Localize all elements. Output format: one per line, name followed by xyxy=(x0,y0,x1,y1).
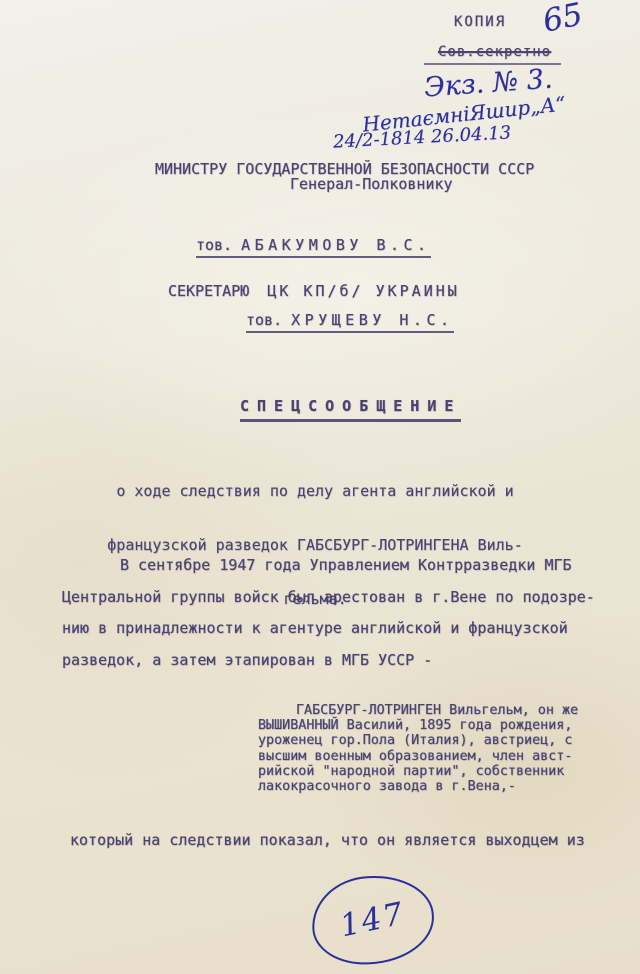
page-stamp-circle: 147 xyxy=(310,873,436,967)
subtitle-line: о ходе следствия по делу агента английск… xyxy=(70,482,560,500)
khrushchev-prefix: тов. xyxy=(246,311,282,329)
bio-line: лакокрасочного завода в г.Вена,- xyxy=(258,779,578,794)
secretary-name: ЦК КП/б/ УКРАИНЫ xyxy=(267,282,460,300)
bio-line: ВЫШИВАННЫЙ Василий, 1895 года рождения, xyxy=(258,718,578,733)
khrushchev-name: ХРУЩЕВУ Н.С. xyxy=(291,311,453,329)
abakumov-name: АБАКУМОВУ В.С. xyxy=(241,236,430,254)
bio-line: рийской "народной партии", собственник xyxy=(258,764,578,779)
bio-line: высшим военным образованием, член авст- xyxy=(258,749,578,764)
recipient-secretary-line: СЕКРЕТАРЮ ЦК КП/б/ УКРАИНЫ xyxy=(168,282,460,300)
biography-block: ГАБСБУРГ-ЛОТРИНГЕН Вильгельм, он же ВЫШИ… xyxy=(258,703,578,794)
document-title: СПЕЦСООБЩЕНИЕ xyxy=(240,397,461,422)
bio-line: ГАБСБУРГ-ЛОТРИНГЕН Вильгельм, он же xyxy=(258,703,578,718)
paragraph-line: В сентябре 1947 года Управлением Контрра… xyxy=(62,556,595,588)
paragraph-line: разведок, а затем этапирован в МГБ УССР … xyxy=(62,651,595,683)
declass-date-hand: 24/2-1814 26.04.13 xyxy=(333,122,512,152)
copy-label: КОПИЯ xyxy=(454,14,506,30)
closing-line: который на следствии показал, что он явл… xyxy=(70,831,585,849)
body-paragraph-1: В сентябре 1947 года Управлением Контрра… xyxy=(62,556,595,682)
classification-stamp: Сов.секретно xyxy=(424,44,561,60)
page-number-hand: 65 xyxy=(540,0,586,40)
paragraph-line: нию в принадлежности к агентуре английск… xyxy=(62,619,595,651)
bio-line: уроженец гор.Пола (Италия), австриец, с xyxy=(258,733,578,748)
classification-text: Сов.секретно xyxy=(424,44,561,65)
recipient-abakumov-line: тов. АБАКУМОВУ В.С. xyxy=(196,236,431,258)
secretary-prefix: СЕКРЕТАРЮ xyxy=(168,282,249,300)
paragraph-line: Центральной группы войск был арестован в… xyxy=(62,588,595,620)
recipient-khrushchev-line: тов. ХРУЩЕВУ Н.С. xyxy=(246,311,454,333)
scanned-document-page: 65 КОПИЯ Сов.секретно Экз. № 3. Нетаємні… xyxy=(0,0,640,974)
subtitle-line: французской разведок ГАБСБУРГ-ЛОТРИНГЕНА… xyxy=(70,536,560,554)
abakumov-prefix: тов. xyxy=(196,236,232,254)
circled-page-number: 147 xyxy=(337,896,408,945)
recipient-rank-line: Генерал-Полковнику xyxy=(290,175,453,193)
